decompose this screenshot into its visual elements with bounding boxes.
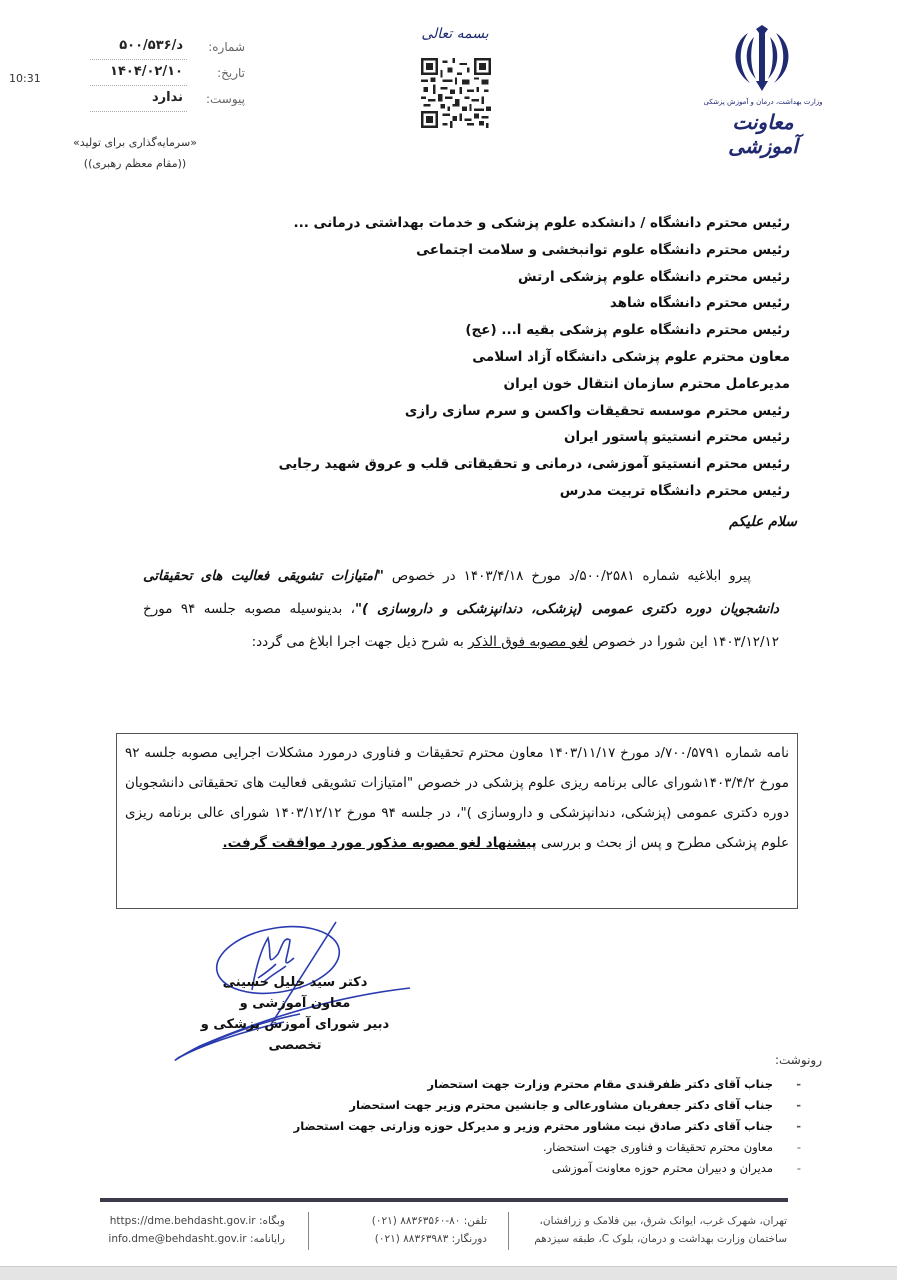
bottom-edge-band [0, 1266, 897, 1280]
ministry-name: وزارت بهداشت، درمان و آموزش پزشکی [698, 98, 828, 106]
divider [90, 59, 187, 60]
cc-item-text: معاون محترم تحقیقات و فناوری جهت استحضار… [543, 1140, 773, 1154]
cc-item: -جناب آقای دکتر ظفرقندی مقام محترم وزارت… [294, 1074, 801, 1095]
email-label: رایانامه: [250, 1233, 285, 1245]
body-text-end: به شرح ذیل جهت اجرا ابلاغ می گردد: [252, 634, 468, 650]
divider [90, 85, 187, 86]
phone-label: تلفن: [464, 1215, 487, 1227]
fax-label: دورنگار: [452, 1233, 487, 1245]
cc-item-text: مدیران و دبیران محترم حوزه معاونت آموزشی [552, 1161, 773, 1175]
body-revocation-underline: لغو مصوبه فوق الذکر [468, 634, 588, 650]
letter-number-row: شماره: د/۵۰۰/۵۳۶ [90, 38, 245, 60]
resolution-box: نامه شماره ۷۰۰/۵۷۹۱/د مورخ ۱۴۰۳/۱۱/۱۷ مع… [116, 733, 798, 909]
department-title: معاونت آموزشی [698, 110, 828, 158]
attachment-label: پیوست: [206, 92, 245, 106]
footer-contact: تلفن: (۰۲۱) ۸۸۳۶۳۵۶۰-۸۰ دورنگار: (۰۲۱) ۸… [372, 1212, 487, 1248]
attachment-row: پیوست: ندارد [90, 90, 245, 112]
website-label: وبگاه: [259, 1215, 285, 1227]
signatory-block: دکتر سید جلیل حسینی معاون آموزشی و دبیر … [175, 972, 415, 1056]
signatory-title: معاون آموزشی و [175, 993, 415, 1014]
recipient-item: معاون محترم علوم پزشکی دانشگاه آزاد اسلا… [279, 344, 790, 371]
recipient-item: رئیس محترم انستیتو آموزشی، درمانی و تحقی… [279, 451, 790, 478]
slogan-attribution: ((مقام معظم رهبری)) [60, 157, 210, 170]
letter-number-value: د/۵۰۰/۵۳۶ [119, 38, 183, 53]
divider [90, 111, 187, 112]
cc-item-text: جناب آقای دکتر ظفرقندی مقام محترم وزارت … [427, 1077, 773, 1091]
cc-item-text: جناب آقای دکتر صادق نیت مشاور محترم وزیر… [294, 1119, 773, 1133]
recipient-item: رئیس محترم دانشگاه علوم پزشکی بقیه ا... … [279, 317, 790, 344]
recipient-item: مدیرعامل محترم سازمان انتقال خون ایران [279, 371, 790, 398]
attachment-value: ندارد [152, 90, 183, 105]
email-link[interactable]: info.dme@behdasht.gov.ir [108, 1233, 246, 1245]
signatory-name: دکتر سید جلیل حسینی [175, 972, 415, 993]
recipient-item: رئیس محترم دانشگاه علوم پزشکی ارتش [279, 264, 790, 291]
recipient-item: رئیس محترم دانشگاه تربیت مدرس [279, 478, 790, 505]
recipient-item: رئیس محترم دانشگاه علوم توانبخشی و سلامت… [279, 237, 790, 264]
footer-divider [100, 1198, 788, 1202]
bismillah-heading: بسمه تعالی [420, 26, 490, 42]
recipient-item: رئیس محترم موسسه تحقیقات واکسن و سرم ساز… [279, 398, 790, 425]
dash-bullet: - [796, 1095, 801, 1116]
recipient-item: رئیس محترم انستیتو پاستور ایران [279, 424, 790, 451]
recipients-list: رئیس محترم دانشگاه / دانشکده علوم پزشکی … [279, 210, 790, 505]
website-link[interactable]: https://dme.behdasht.gov.ir [110, 1215, 256, 1227]
letter-date-row: تاریخ: ۱۴۰۴/۰۲/۱۰ [90, 64, 245, 86]
letter-number-label: شماره: [208, 40, 245, 54]
qr-code-icon[interactable] [420, 58, 492, 128]
cc-item: -معاون محترم تحقیقات و فناوری جهت استحضا… [294, 1137, 801, 1158]
address-line-1: تهران، شهرک غرب، ایوانک شرق، بین فلامک و… [534, 1212, 787, 1230]
letter-date-label: تاریخ: [217, 66, 245, 80]
resolution-text: نامه شماره ۷۰۰/۵۷۹۱/د مورخ ۱۴۰۳/۱۱/۱۷ مع… [125, 738, 789, 858]
cc-item: -مدیران و دبیران محترم حوزه معاونت آموزش… [294, 1158, 801, 1179]
letter-date-value: ۱۴۰۴/۰۲/۱۰ [110, 64, 183, 79]
cc-item: -جناب آقای دکتر صادق نیت مشاور محترم وزی… [294, 1116, 801, 1137]
dash-bullet: - [796, 1116, 801, 1137]
footer-address: تهران، شهرک غرب، ایوانک شرق، بین فلامک و… [534, 1212, 787, 1248]
cc-item: -جناب آقای دکتر جعفریان مشاورعالی و جانش… [294, 1095, 801, 1116]
footer-web: وبگاه: https://dme.behdasht.gov.ir رایان… [108, 1212, 285, 1248]
phone-value: (۰۲۱) ۸۸۳۶۳۵۶۰-۸۰ [372, 1215, 461, 1227]
body-paragraph: پیرو ابلاغیه شماره ۵۰۰/۲۵۸۱/د مورخ ۱۴۰۳/… [143, 560, 779, 659]
slogan: «سرمایه‌گذاری برای تولید» [60, 136, 210, 149]
salutation: سلام علیکم [729, 514, 797, 530]
cc-heading: رونوشت: [775, 1053, 822, 1067]
resolution-emphasis: پیشنهاد لغو مصوبه مذکور مورد موافقت گرفت… [222, 835, 536, 851]
address-line-2: ساختمان وزارت بهداشت و درمان، بلوک C، طب… [534, 1230, 787, 1248]
cc-list: -جناب آقای دکتر ظفرقندی مقام محترم وزارت… [294, 1074, 801, 1179]
recipient-item: رئیس محترم دانشگاه / دانشکده علوم پزشکی … [279, 210, 790, 237]
fax-value: (۰۲۱) ۸۸۳۶۳۹۸۳ [375, 1233, 449, 1245]
recipient-item: رئیس محترم دانشگاه شاهد [279, 290, 790, 317]
iran-emblem-icon [726, 25, 798, 95]
timestamp: 10:31 [9, 72, 41, 85]
signatory-title-2: دبیر شورای آموزش پزشکی و تخصصی [175, 1014, 415, 1056]
body-text-intro: پیرو ابلاغیه شماره ۵۰۰/۲۵۸۱/د مورخ ۱۴۰۳/… [384, 568, 751, 584]
cc-item-text: جناب آقای دکتر جعفریان مشاورعالی و جانشی… [349, 1098, 773, 1112]
footer-separator [308, 1212, 309, 1250]
dash-bullet: - [797, 1158, 801, 1179]
dash-bullet: - [796, 1074, 801, 1095]
dash-bullet: - [797, 1137, 801, 1158]
footer-separator [508, 1212, 509, 1250]
